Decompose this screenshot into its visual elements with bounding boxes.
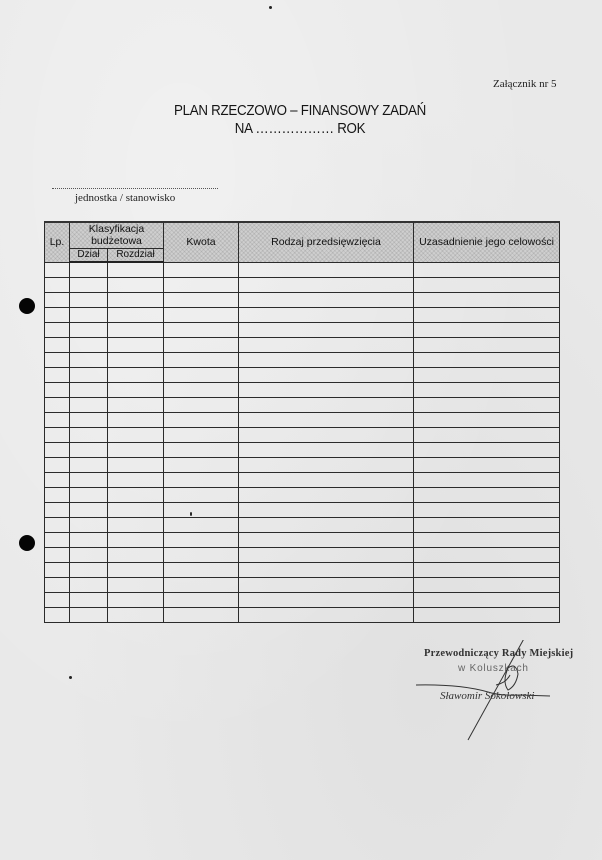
cell-uzasadnienie[interactable] <box>414 292 560 307</box>
cell-rozdzial[interactable] <box>108 532 164 547</box>
cell-uzasadnienie[interactable] <box>414 397 560 412</box>
cell-rodzaj[interactable] <box>239 292 414 307</box>
cell-kwota[interactable] <box>164 607 239 622</box>
header-rozdzial: Rozdział <box>108 248 164 262</box>
cell-lp[interactable] <box>45 307 70 322</box>
cell-rozdzial[interactable] <box>108 262 164 277</box>
cell-dzial[interactable] <box>70 397 108 412</box>
cell-rodzaj[interactable] <box>239 367 414 382</box>
cell-rodzaj[interactable] <box>239 412 414 427</box>
cell-rozdzial[interactable] <box>108 322 164 337</box>
cell-rodzaj[interactable] <box>239 337 414 352</box>
table-row <box>45 262 560 277</box>
cell-lp[interactable] <box>45 577 70 592</box>
cell-kwota[interactable] <box>164 487 239 502</box>
cell-dzial[interactable] <box>70 307 108 322</box>
cell-rozdzial[interactable] <box>108 592 164 607</box>
cell-uzasadnienie[interactable] <box>414 607 560 622</box>
document-title: PLAN RZECZOWO – FINANSOWY ZADAŃ <box>162 103 438 119</box>
cell-rodzaj[interactable] <box>239 457 414 472</box>
cell-rozdzial[interactable] <box>108 607 164 622</box>
cell-rodzaj[interactable] <box>239 427 414 442</box>
cell-dzial[interactable] <box>70 382 108 397</box>
table-row <box>45 607 560 622</box>
cell-lp[interactable] <box>45 382 70 397</box>
table-row <box>45 292 560 307</box>
cell-uzasadnienie[interactable] <box>414 277 560 292</box>
cell-kwota[interactable] <box>164 352 239 367</box>
table-body <box>45 262 560 622</box>
table-row <box>45 307 560 322</box>
cell-uzasadnienie[interactable] <box>414 367 560 382</box>
cell-kwota[interactable] <box>164 532 239 547</box>
cell-lp[interactable] <box>45 322 70 337</box>
cell-dzial[interactable] <box>70 322 108 337</box>
annex-label: Załącznik nr 5 <box>493 78 557 90</box>
header-uzasadnienie: Uzasadnienie jego celowości <box>414 222 560 262</box>
cell-dzial[interactable] <box>70 487 108 502</box>
cell-rozdzial[interactable] <box>108 382 164 397</box>
header-dzial: Dział <box>70 248 108 262</box>
cell-rozdzial[interactable] <box>108 502 164 517</box>
cell-kwota[interactable] <box>164 592 239 607</box>
cell-lp[interactable] <box>45 532 70 547</box>
cell-uzasadnienie[interactable] <box>414 412 560 427</box>
cell-kwota[interactable] <box>164 472 239 487</box>
signature-block: Przewodniczący Rady Miejskiej w Koluszka… <box>400 640 580 750</box>
cell-uzasadnienie[interactable] <box>414 352 560 367</box>
cell-dzial[interactable] <box>70 352 108 367</box>
cell-kwota[interactable] <box>164 292 239 307</box>
table-row <box>45 517 560 532</box>
cell-rodzaj[interactable] <box>239 532 414 547</box>
cell-rozdzial[interactable] <box>108 487 164 502</box>
cell-uzasadnienie[interactable] <box>414 562 560 577</box>
cell-rozdzial[interactable] <box>108 292 164 307</box>
table-row <box>45 412 560 427</box>
cell-rodzaj[interactable] <box>239 592 414 607</box>
cell-kwota[interactable] <box>164 427 239 442</box>
cell-rozdzial[interactable] <box>108 412 164 427</box>
cell-lp[interactable] <box>45 562 70 577</box>
cell-dzial[interactable] <box>70 412 108 427</box>
cell-lp[interactable] <box>45 607 70 622</box>
cell-rozdzial[interactable] <box>108 427 164 442</box>
cell-lp[interactable] <box>45 427 70 442</box>
cell-uzasadnienie[interactable] <box>414 592 560 607</box>
punch-hole-bottom <box>19 535 35 551</box>
table-row <box>45 457 560 472</box>
table-row <box>45 322 560 337</box>
cell-rodzaj[interactable] <box>239 517 414 532</box>
cell-uzasadnienie[interactable] <box>414 457 560 472</box>
cell-kwota[interactable] <box>164 502 239 517</box>
cell-dzial[interactable] <box>70 547 108 562</box>
cell-lp[interactable] <box>45 277 70 292</box>
cell-uzasadnienie[interactable] <box>414 577 560 592</box>
cell-rodzaj[interactable] <box>239 547 414 562</box>
cell-uzasadnienie[interactable] <box>414 472 560 487</box>
table-row <box>45 352 560 367</box>
table-row <box>45 442 560 457</box>
cell-rodzaj[interactable] <box>239 577 414 592</box>
scan-speck <box>269 6 272 9</box>
header-rodzaj: Rodzaj przedsięwzięcia <box>239 222 414 262</box>
cell-rodzaj[interactable] <box>239 397 414 412</box>
cell-dzial[interactable] <box>70 337 108 352</box>
document-title-year: NA ……………… ROK <box>162 121 438 137</box>
cell-lp[interactable] <box>45 592 70 607</box>
table-row <box>45 592 560 607</box>
cell-rodzaj[interactable] <box>239 502 414 517</box>
cell-dzial[interactable] <box>70 427 108 442</box>
table-row <box>45 502 560 517</box>
cell-lp[interactable] <box>45 487 70 502</box>
cell-rodzaj[interactable] <box>239 262 414 277</box>
header-classification: Klasyfikacja budżetowa <box>70 222 164 248</box>
cell-rodzaj[interactable] <box>239 322 414 337</box>
cell-kwota[interactable] <box>164 307 239 322</box>
cell-rodzaj[interactable] <box>239 277 414 292</box>
table-row <box>45 337 560 352</box>
cell-kwota[interactable] <box>164 262 239 277</box>
cell-dzial[interactable] <box>70 562 108 577</box>
cell-rodzaj[interactable] <box>239 442 414 457</box>
cell-kwota[interactable] <box>164 562 239 577</box>
table-row <box>45 547 560 562</box>
cell-uzasadnienie[interactable] <box>414 517 560 532</box>
cell-uzasadnienie[interactable] <box>414 532 560 547</box>
cell-lp[interactable] <box>45 262 70 277</box>
cell-rodzaj[interactable] <box>239 472 414 487</box>
header-kwota: Kwota <box>164 222 239 262</box>
cell-dzial[interactable] <box>70 457 108 472</box>
cell-dzial[interactable] <box>70 262 108 277</box>
cell-kwota[interactable] <box>164 547 239 562</box>
cell-rozdzial[interactable] <box>108 517 164 532</box>
cell-lp[interactable] <box>45 457 70 472</box>
header-lp: Lp. <box>45 222 70 262</box>
table-row <box>45 427 560 442</box>
cell-kwota[interactable] <box>164 367 239 382</box>
cell-rozdzial[interactable] <box>108 352 164 367</box>
plan-table: Lp. Klasyfikacja budżetowa Kwota Rodzaj … <box>44 221 560 623</box>
cell-uzasadnienie[interactable] <box>414 547 560 562</box>
cell-lp[interactable] <box>45 517 70 532</box>
cell-lp[interactable] <box>45 472 70 487</box>
cell-rozdzial[interactable] <box>108 457 164 472</box>
cell-dzial[interactable] <box>70 532 108 547</box>
cell-kwota[interactable] <box>164 412 239 427</box>
cell-lp[interactable] <box>45 442 70 457</box>
cell-uzasadnienie[interactable] <box>414 382 560 397</box>
cell-dzial[interactable] <box>70 442 108 457</box>
cell-dzial[interactable] <box>70 607 108 622</box>
cell-dzial[interactable] <box>70 517 108 532</box>
unit-field-label: jednostka / stanowisko <box>75 192 175 204</box>
cell-lp[interactable] <box>45 412 70 427</box>
punch-hole-top <box>19 298 35 314</box>
table-row <box>45 487 560 502</box>
cell-uzasadnienie[interactable] <box>414 427 560 442</box>
cell-uzasadnienie[interactable] <box>414 322 560 337</box>
cell-rozdzial[interactable] <box>108 472 164 487</box>
table-row <box>45 472 560 487</box>
table-row <box>45 367 560 382</box>
handwritten-signature-icon <box>400 640 580 750</box>
cell-dzial[interactable] <box>70 502 108 517</box>
cell-dzial[interactable] <box>70 592 108 607</box>
cell-rozdzial[interactable] <box>108 337 164 352</box>
scan-speck <box>69 676 72 679</box>
cell-dzial[interactable] <box>70 277 108 292</box>
cell-kwota[interactable] <box>164 397 239 412</box>
cell-kwota[interactable] <box>164 322 239 337</box>
cell-rozdzial[interactable] <box>108 562 164 577</box>
cell-uzasadnienie[interactable] <box>414 487 560 502</box>
cell-rodzaj[interactable] <box>239 382 414 397</box>
cell-kwota[interactable] <box>164 577 239 592</box>
cell-kwota[interactable] <box>164 337 239 352</box>
cell-kwota[interactable] <box>164 517 239 532</box>
cell-rodzaj[interactable] <box>239 352 414 367</box>
cell-kwota[interactable] <box>164 442 239 457</box>
table-row <box>45 397 560 412</box>
cell-uzasadnienie[interactable] <box>414 502 560 517</box>
cell-dzial[interactable] <box>70 292 108 307</box>
cell-rodzaj[interactable] <box>239 487 414 502</box>
cell-lp[interactable] <box>45 292 70 307</box>
cell-rodzaj[interactable] <box>239 562 414 577</box>
cell-rodzaj[interactable] <box>239 607 414 622</box>
cell-lp[interactable] <box>45 337 70 352</box>
cell-uzasadnienie[interactable] <box>414 337 560 352</box>
cell-rozdzial[interactable] <box>108 367 164 382</box>
cell-lp[interactable] <box>45 547 70 562</box>
cell-lp[interactable] <box>45 367 70 382</box>
cell-dzial[interactable] <box>70 472 108 487</box>
cell-rozdzial[interactable] <box>108 442 164 457</box>
cell-lp[interactable] <box>45 352 70 367</box>
cell-kwota[interactable] <box>164 457 239 472</box>
cell-dzial[interactable] <box>70 367 108 382</box>
cell-kwota[interactable] <box>164 277 239 292</box>
cell-lp[interactable] <box>45 502 70 517</box>
table-row <box>45 577 560 592</box>
table-row <box>45 532 560 547</box>
unit-field[interactable] <box>52 182 218 189</box>
cell-uzasadnienie[interactable] <box>414 442 560 457</box>
cell-uzasadnienie[interactable] <box>414 262 560 277</box>
cell-rozdzial[interactable] <box>108 397 164 412</box>
table-row <box>45 562 560 577</box>
cell-rozdzial[interactable] <box>108 307 164 322</box>
cell-kwota[interactable] <box>164 382 239 397</box>
cell-rozdzial[interactable] <box>108 577 164 592</box>
table-row <box>45 382 560 397</box>
cell-rozdzial[interactable] <box>108 277 164 292</box>
cell-rozdzial[interactable] <box>108 547 164 562</box>
table-row <box>45 277 560 292</box>
cell-uzasadnienie[interactable] <box>414 307 560 322</box>
cell-dzial[interactable] <box>70 577 108 592</box>
cell-rodzaj[interactable] <box>239 307 414 322</box>
cell-lp[interactable] <box>45 397 70 412</box>
